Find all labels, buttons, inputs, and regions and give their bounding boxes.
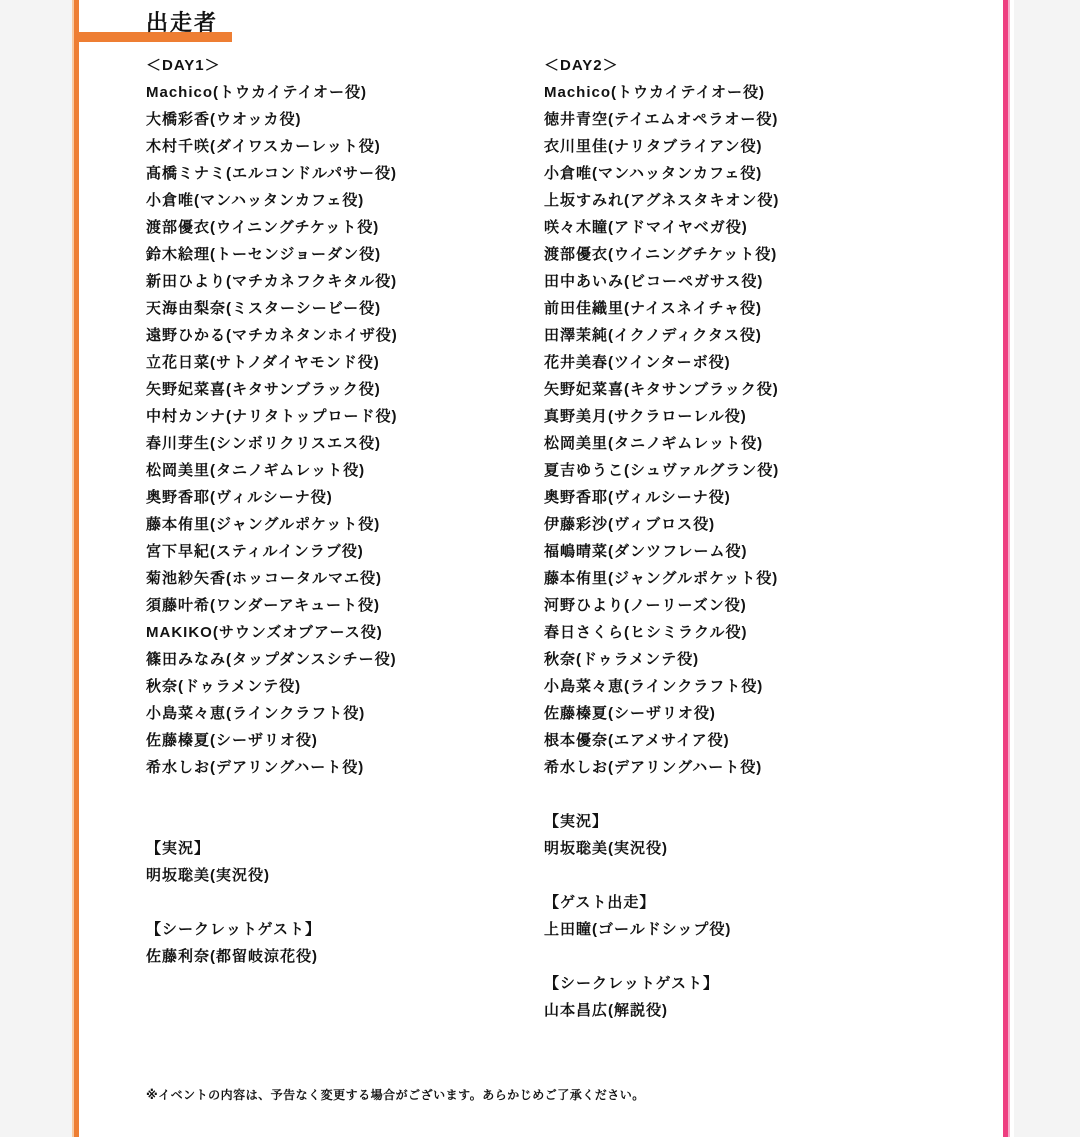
cast-line: 花井美春(ツインターボ役) [544,349,779,376]
cast-line: 伊藤彩沙(ヴィブロス役) [544,511,779,538]
cast-line: 矢野妃菜喜(キタサンブラック役) [544,376,779,403]
cast-line: 中村カンナ(ナリタトップロード役) [146,403,398,430]
cast-line: 佐藤榛夏(シーザリオ役) [146,727,398,754]
cast-line: 福嶋晴菜(ダンツフレーム役) [544,538,779,565]
cast-line: 咲々木瞳(アドマイヤベガ役) [544,214,779,241]
cast-line: 希水しお(デアリングハート役) [544,754,779,781]
cast-line: 明坂聡美(実況役) [146,862,398,889]
day2-column: ＜DAY2＞Machico(トウカイテイオー役)徳井青空(テイエムオペラオー役)… [544,52,779,1024]
cast-line: 天海由梨奈(ミスターシービー役) [146,295,398,322]
cast-line: 篠田みなみ(タップダンスシチー役) [146,646,398,673]
cast-line: 佐藤利奈(都留岐涼花役) [146,943,398,970]
cast-line: 立花日菜(サトノダイヤモンド役) [146,349,398,376]
section-label: 【シークレットゲスト】 [146,916,398,943]
cast-line: Machico(トウカイテイオー役) [544,79,779,106]
right-gray-margin [1014,0,1080,1137]
cast-line: 鈴木絵理(トーセンジョーダン役) [146,241,398,268]
page-title: 出走者 [146,11,218,35]
cast-line: 藤本侑里(ジャングルポケット役) [544,565,779,592]
cast-line: 小島菜々恵(ラインクラフト役) [544,673,779,700]
cast-line: 矢野妃菜喜(キタサンブラック役) [146,376,398,403]
cast-line: 希水しお(デアリングハート役) [146,754,398,781]
cast-line: 前田佳織里(ナイスネイチャ役) [544,295,779,322]
column-heading: ＜DAY1＞ [146,52,398,79]
cast-line: 髙橋ミナミ(エルコンドルパサー役) [146,160,398,187]
disclaimer-note: ※イベントの内容は、予告なく変更する場合がございます。あらかじめご了承ください。 [146,1086,645,1104]
cast-line: 渡部優衣(ウイニングチケット役) [544,241,779,268]
cast-line: 奥野香耶(ヴィルシーナ役) [146,484,398,511]
cast-line: 秋奈(ドゥラメンテ役) [544,646,779,673]
cast-line: 須藤叶希(ワンダーアキュート役) [146,592,398,619]
day1-column: ＜DAY1＞Machico(トウカイテイオー役)大橋彩香(ウオッカ役)木村千咲(… [146,52,398,970]
left-gray-margin [0,0,72,1137]
cast-line: 藤本侑里(ジャングルポケット役) [146,511,398,538]
cast-line: 徳井青空(テイエムオペラオー役) [544,106,779,133]
cast-line: 衣川里佳(ナリタブライアン役) [544,133,779,160]
cast-line: MAKIKO(サウンズオブアース役) [146,619,398,646]
cast-line: 春川芽生(シンボリクリスエス役) [146,430,398,457]
cast-line: 松岡美里(タニノギムレット役) [544,430,779,457]
section-label: 【実況】 [146,835,398,862]
cast-line: 上坂すみれ(アグネスタキオン役) [544,187,779,214]
cast-line: 夏吉ゆうこ(シュヴァルグラン役) [544,457,779,484]
section-label: 【シークレットゲスト】 [544,970,779,997]
cast-line: 上田瞳(ゴールドシップ役) [544,916,779,943]
cast-line: 奥野香耶(ヴィルシーナ役) [544,484,779,511]
cast-line: 山本昌広(解説役) [544,997,779,1024]
cast-line: 秋奈(ドゥラメンテ役) [146,673,398,700]
left-orange-border [74,0,79,1137]
cast-line: 遠野ひかる(マチカネタンホイザ役) [146,322,398,349]
cast-line: 新田ひより(マチカネフクキタル役) [146,268,398,295]
cast-line: 小島菜々恵(ラインクラフト役) [146,700,398,727]
cast-line: 田澤茉純(イクノディクタス役) [544,322,779,349]
cast-line: 渡部優衣(ウイニングチケット役) [146,214,398,241]
cast-line: 根本優奈(エアメサイア役) [544,727,779,754]
section-label: 【ゲスト出走】 [544,889,779,916]
cast-line: 春日さくら(ヒシミラクル役) [544,619,779,646]
cast-line: 小倉唯(マンハッタンカフェ役) [146,187,398,214]
cast-line: 松岡美里(タニノギムレット役) [146,457,398,484]
cast-line: 大橋彩香(ウオッカ役) [146,106,398,133]
right-pink-border-edge [1008,0,1010,1137]
cast-line: 田中あいみ(ビコーペガサス役) [544,268,779,295]
cast-line: 宮下早紀(スティルインラブ役) [146,538,398,565]
cast-line: 小倉唯(マンハッタンカフェ役) [544,160,779,187]
cast-line: 木村千咲(ダイワスカーレット役) [146,133,398,160]
section-label: 【実況】 [544,808,779,835]
cast-line: 菊池紗矢香(ホッコータルマエ役) [146,565,398,592]
cast-line: Machico(トウカイテイオー役) [146,79,398,106]
column-heading: ＜DAY2＞ [544,52,779,79]
cast-line: 河野ひより(ノーリーズン役) [544,592,779,619]
cast-line: 真野美月(サクラローレル役) [544,403,779,430]
cast-line: 明坂聡美(実況役) [544,835,779,862]
page-root: { "title": "出走者", "colors": { "accent_or… [0,0,1080,1137]
cast-line: 佐藤榛夏(シーザリオ役) [544,700,779,727]
